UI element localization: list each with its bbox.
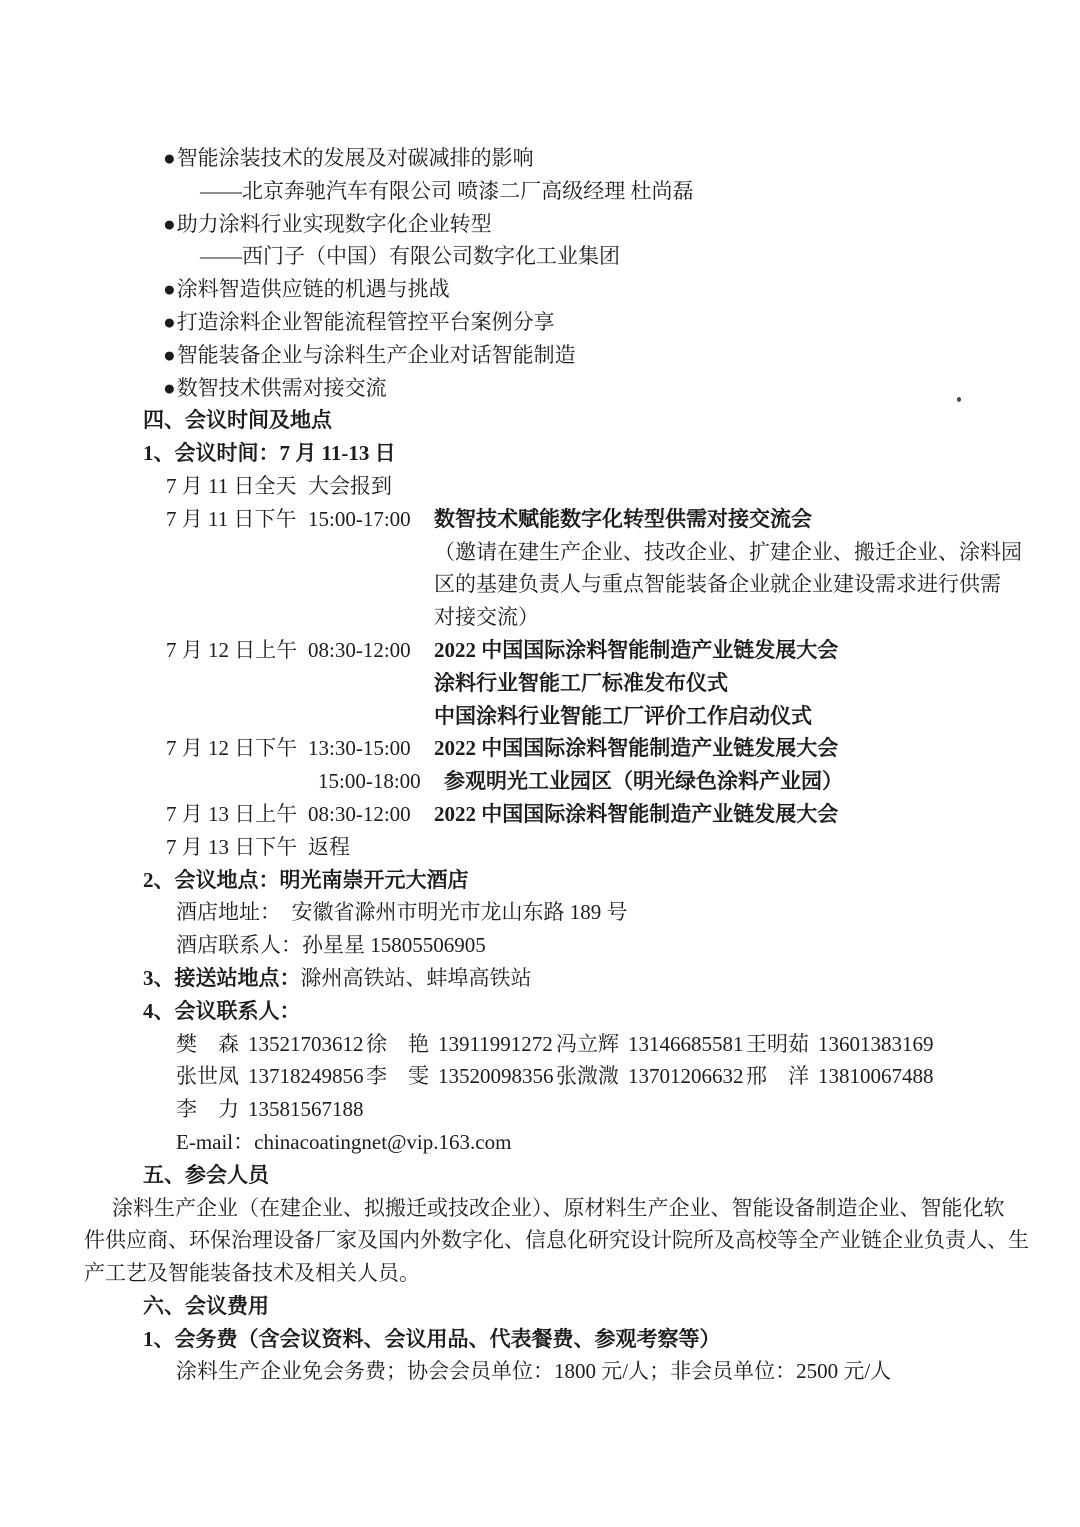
contact-name: 张世凤 [176,1064,239,1088]
contact: 王明茹13601383169 [746,1028,936,1061]
contact-phone: 13581567188 [248,1097,364,1121]
bullet-icon: ● [163,277,176,301]
schedule-row: 7 月 12 日上午08:30-12:002022 中国国际涂料智能制造产业链发… [166,634,1014,667]
schedule-note-line: （邀请在建生产企业、技改企业、扩建企业、搬迁企业、涂料园 [434,536,1014,569]
schedule-row: 7 月 13 日上午08:30-12:002022 中国国际涂料智能制造产业链发… [166,798,1014,831]
schedule-date: 7 月 11 日下午 [166,503,308,536]
contact-name: 徐 艳 [366,1032,429,1056]
schedule-row: 7 月 11 日全天大会报到 [166,470,1014,503]
schedule-time: 08:30-12:00 [308,634,434,667]
participants-paragraph-line: 产工艺及智能装备技术及相关人员。 [84,1257,1014,1290]
agenda-bullet-item: ●智能装备企业与涂料生产企业对话智能制造 [163,339,1014,372]
section-heading-participants: 五、参会人员 [143,1159,1014,1192]
participants-paragraph-line: 涂料生产企业（在建企业、拟搬迁或技改企业）、原材料生产企业、智能设备制造企业、智… [84,1192,1014,1225]
contact: 李 雯13520098356 [366,1060,556,1093]
section-heading-time-location: 四、会议时间及地点 [143,404,1014,437]
schedule-date: 7 月 13 日上午 [166,798,308,831]
contact-name: 李 力 [176,1097,239,1121]
agenda-bullet-item: ●数智技术供需对接交流 [163,372,1014,405]
station-line: 3、接送站地点：滁州高铁站、蚌埠高铁站 [143,962,1014,995]
bullet-icon: ● [163,146,176,170]
schedule-event: 2022 中国国际涂料智能制造产业链发展大会 [434,736,838,760]
agenda-speaker-line: ——西门子（中国）有限公司数字化工业集团 [200,240,1014,273]
schedule-row: 7 月 12 日下午13:30-15:002022 中国国际涂料智能制造产业链发… [166,732,1014,765]
email-line: E-mail：chinacoatingnet@vip.163.com [176,1126,1014,1159]
schedule-event-extra: 中国涂料行业智能工厂评价工作启动仪式 [434,700,1014,733]
contact-name: 冯立辉 [556,1032,619,1056]
schedule-row: 7 月 13 日下午返程 [166,831,1014,864]
schedule-row: 7 月 11 日下午15:00-17:00数智技术赋能数字化转型供需对接交流会 [166,503,1014,536]
contact-phone: 13146685581 [628,1032,744,1056]
meeting-location-line: 2、会议地点：明光南崇开元大酒店 [143,864,1014,897]
contact: 李 力13581567188 [176,1093,366,1126]
schedule-note-line: 区的基建负责人与重点智能装备企业就企业建设需求进行供需 [434,568,1014,601]
contact-phone: 13911991272 [438,1032,553,1056]
fee-detail-line: 涂料生产企业免会务费；协会会员单位：1800 元/人；非会员单位：2500 元/… [176,1355,1014,1388]
agenda-speaker-line: ——北京奔驰汽车有限公司 喷漆二厂高级经理 杜尚磊 [200,175,1014,208]
contact-phone: 13718249856 [248,1064,364,1088]
contact-phone: 13521703612 [248,1032,364,1056]
agenda-item-text: 智能涂装技术的发展及对碳减排的影响 [177,146,534,170]
agenda-item-text: 打造涂料企业智能流程管控平台案例分享 [177,310,555,334]
fee-item-line: 1、会务费（含会议资料、会议用品、代表餐费、参观考察等） [143,1323,1014,1356]
section-heading-fees: 六、会议费用 [143,1290,1014,1323]
schedule-date: 7 月 13 日下午 [166,831,308,864]
contact-name: 樊 森 [176,1032,239,1056]
contacts-heading: 4、会议联系人： [143,995,1014,1028]
contact-phone: 13701206632 [628,1064,744,1088]
contact-row: 李 力13581567188 [176,1093,1014,1126]
hotel-contact-line: 酒店联系人：孙星星 15805506905 [176,929,1014,962]
schedule-date: 7 月 11 日全天 [166,470,308,503]
schedule-activity: 返程 [308,835,350,859]
contact-row: 樊 森13521703612徐 艳13911991272冯立辉131466855… [176,1028,1014,1061]
bullet-icon: ● [163,212,176,236]
contact-row: 张世凤13718249856李 雯13520098356张溦溦137012066… [176,1060,1014,1093]
agenda-bullet-item: ●智能涂装技术的发展及对碳减排的影响 [163,142,1014,175]
schedule-date: 7 月 12 日下午 [166,732,308,765]
meeting-time-line: 1、会议时间：7 月 11-13 日 [143,437,1014,470]
document-page: ●智能涂装技术的发展及对碳减排的影响 ——北京奔驰汽车有限公司 喷漆二厂高级经理… [0,0,1080,1527]
contact: 邢 洋13810067488 [746,1060,936,1093]
station-value: 滁州高铁站、蚌埠高铁站 [301,966,532,990]
schedule-time: 15:00-17:00 [308,503,434,536]
agenda-item-text: 助力涂料行业实现数字化企业转型 [177,212,492,236]
schedule-row: 15:00-18:00参观明光工业园区（明光绿色涂料产业园） [176,765,1014,798]
schedule-time: 08:30-12:00 [308,798,434,831]
hotel-address-line: 酒店地址： 安徽省滁州市明光市龙山东路 189 号 [176,896,1014,929]
agenda-bullet-item: ●助力涂料行业实现数字化企业转型 [163,208,1014,241]
contact-name: 张溦溦 [556,1064,619,1088]
schedule-date: 7 月 12 日上午 [166,634,308,667]
agenda-item-text: 数智技术供需对接交流 [177,376,387,400]
contact: 冯立辉13146685581 [556,1028,746,1061]
contact-name: 邢 洋 [746,1064,809,1088]
schedule-event: 2022 中国国际涂料智能制造产业链发展大会 [434,802,838,826]
contact: 樊 森13521703612 [176,1028,366,1061]
contact-name: 李 雯 [366,1064,429,1088]
document-content: ●智能涂装技术的发展及对碳减排的影响 ——北京奔驰汽车有限公司 喷漆二厂高级经理… [84,142,1014,1388]
station-label: 3、接送站地点： [143,966,301,990]
schedule-time: 15:00-18:00 [318,765,444,798]
contact-phone: 13601383169 [818,1032,934,1056]
participants-paragraph-line: 件供应商、环保治理设备厂家及国内外数字化、信息化研究设计院所及高校等全产业链企业… [84,1224,1014,1257]
contact-phone: 13520098356 [438,1064,554,1088]
schedule-activity: 大会报到 [308,474,392,498]
agenda-item-text: 智能装备企业与涂料生产企业对话智能制造 [177,343,576,367]
contact-name: 王明茹 [746,1032,809,1056]
bullet-icon: ● [163,376,176,400]
contact: 徐 艳13911991272 [366,1028,556,1061]
schedule-time: 13:30-15:00 [308,732,434,765]
bullet-icon: ● [163,343,176,367]
contact: 张世凤13718249856 [176,1060,366,1093]
agenda-bullet-item: ●打造涂料企业智能流程管控平台案例分享 [163,306,1014,339]
agenda-bullet-item: ●涂料智造供应链的机遇与挑战 [163,273,1014,306]
schedule-event: 参观明光工业园区（明光绿色涂料产业园） [444,769,843,793]
schedule-event: 数智技术赋能数字化转型供需对接交流会 [434,507,812,531]
agenda-item-text: 涂料智造供应链的机遇与挑战 [177,277,450,301]
schedule-note-line: 对接交流） [434,601,1014,634]
schedule-event: 2022 中国国际涂料智能制造产业链发展大会 [434,638,838,662]
bullet-icon: ● [163,310,176,334]
contact: 张溦溦13701206632 [556,1060,746,1093]
contact-phone: 13810067488 [818,1064,934,1088]
schedule-event-extra: 涂料行业智能工厂标准发布仪式 [434,667,1014,700]
